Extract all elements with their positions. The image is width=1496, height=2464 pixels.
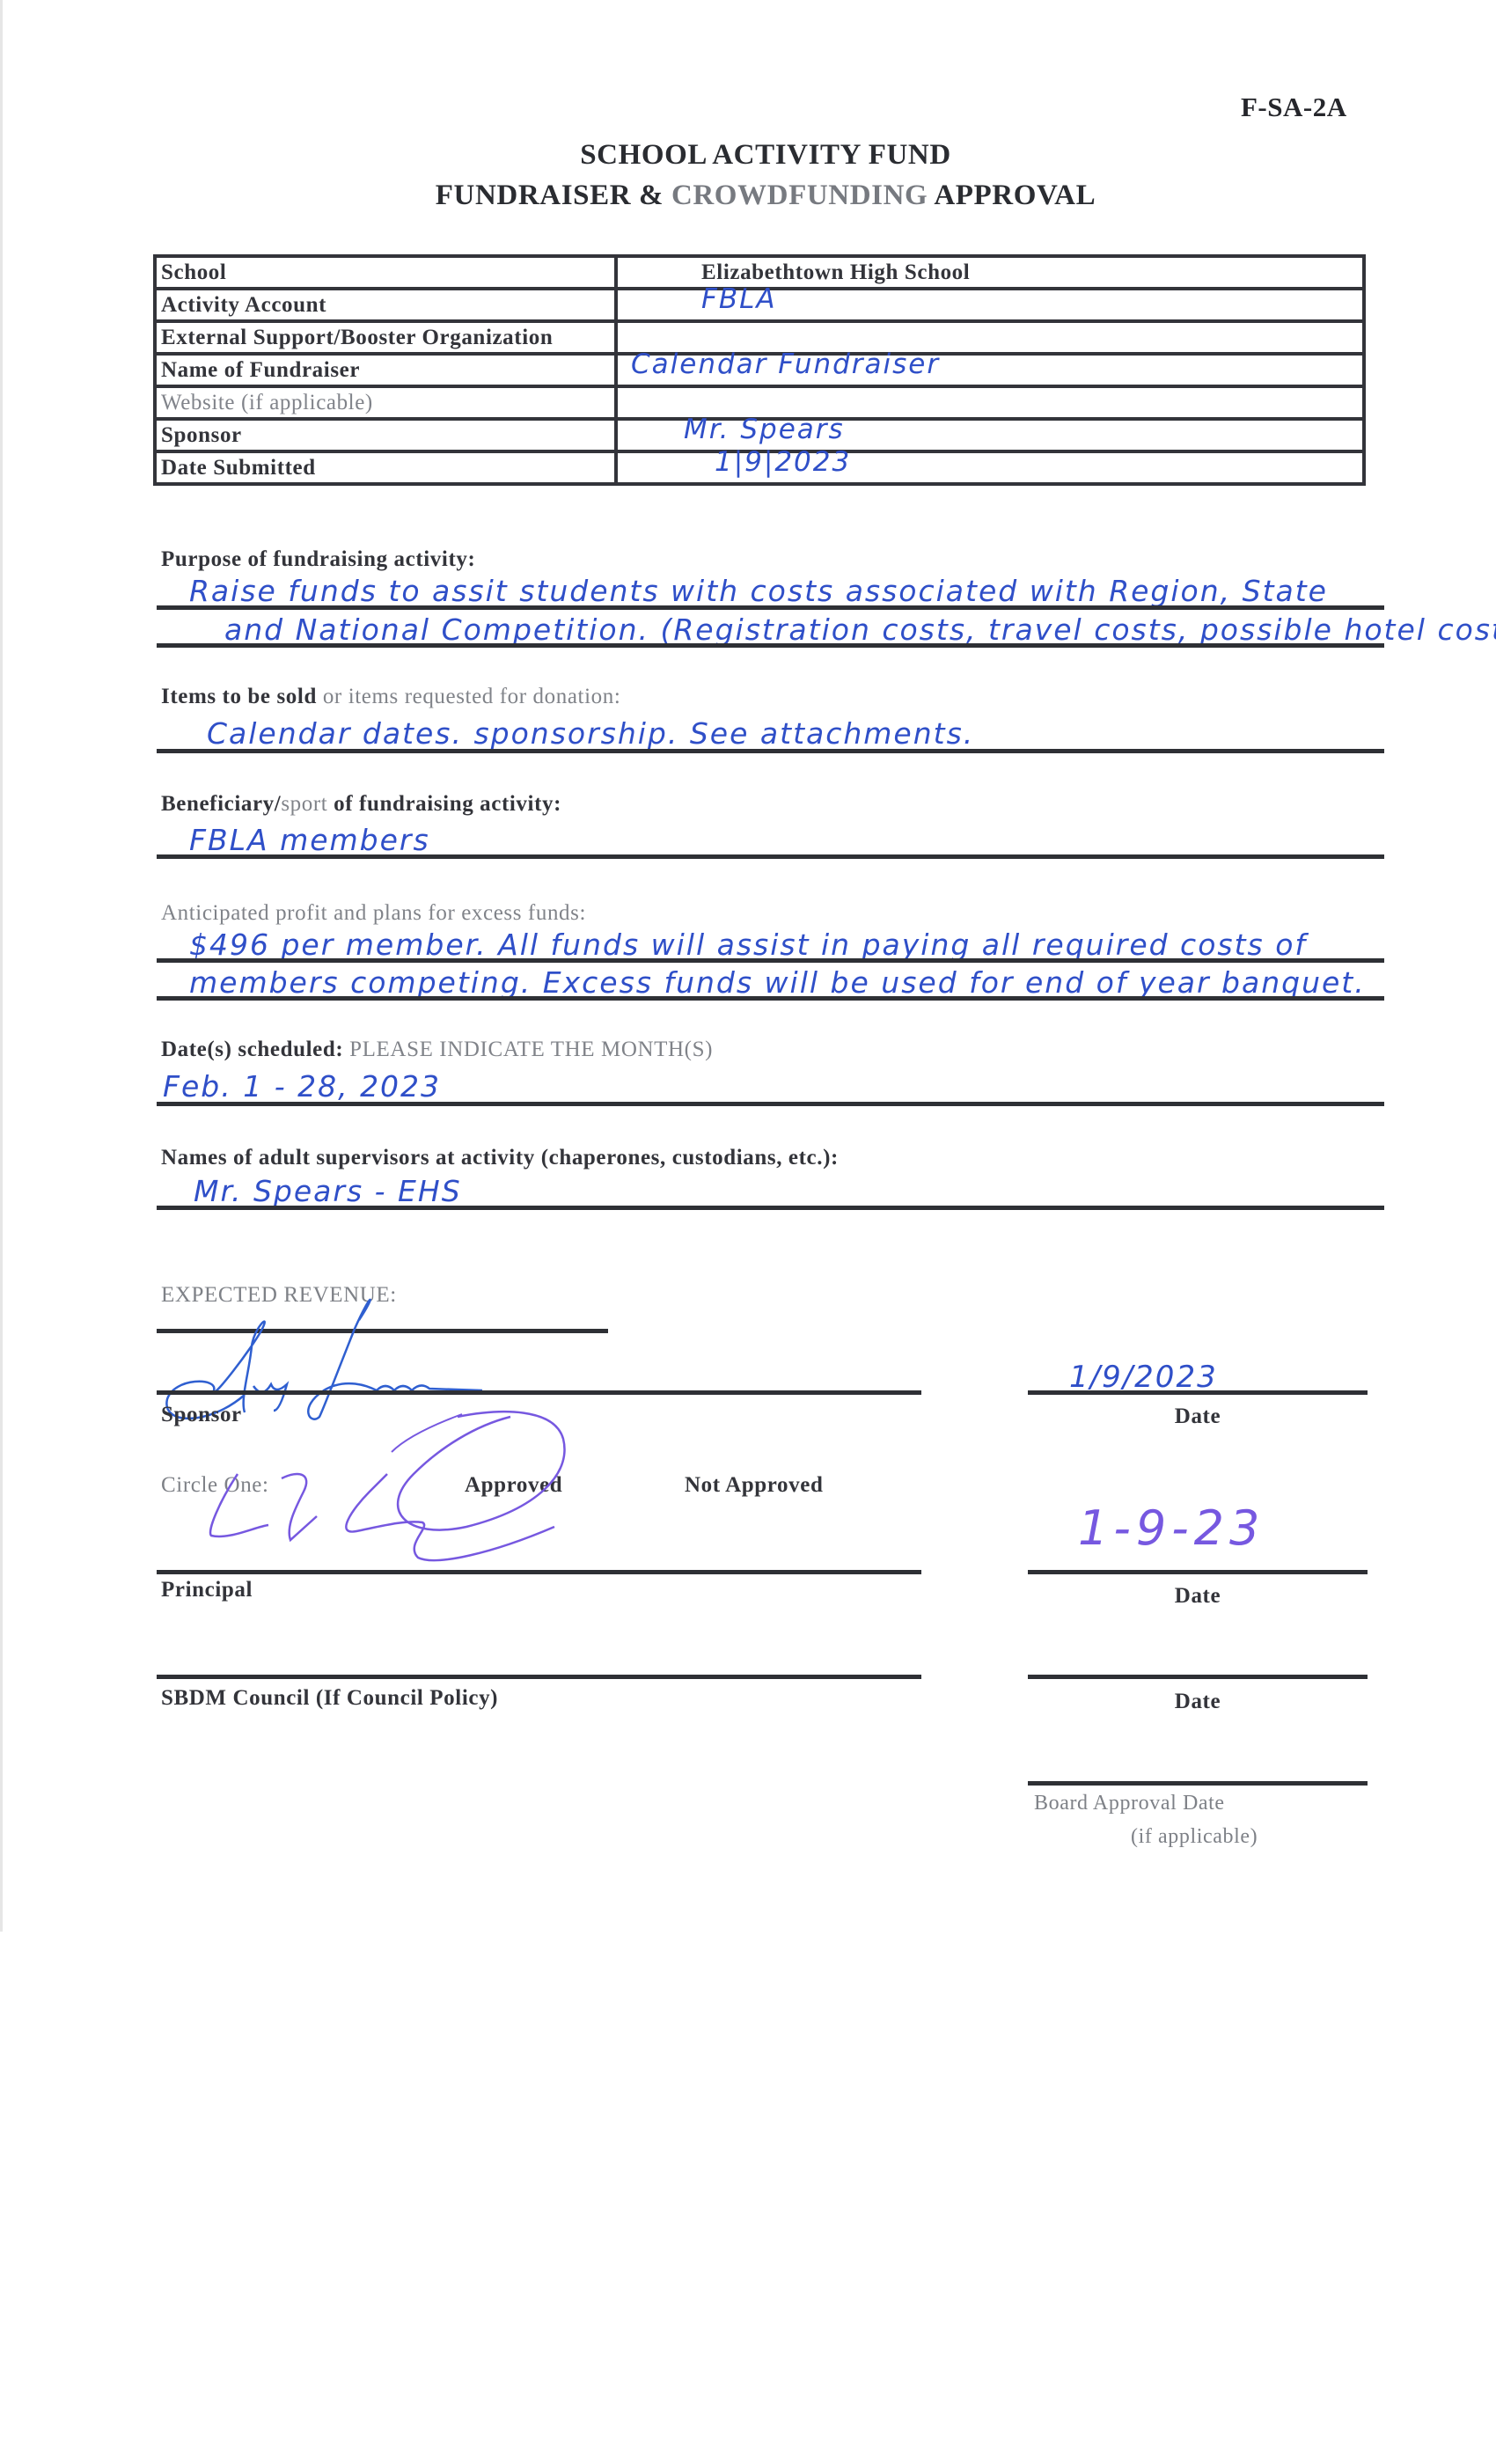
items-label: Items to be sold or items requested for … [161, 685, 620, 709]
typed-value [622, 326, 701, 349]
typed-value: Elizabethtown High School [622, 260, 970, 284]
items-rule [157, 749, 1384, 753]
purpose-line-1[interactable]: Raise funds to assit students with costs… [189, 574, 1328, 608]
supervisors-rule [157, 1206, 1384, 1210]
supervisors-line-1[interactable]: Mr. Spears - EHS [194, 1174, 462, 1208]
sbdm-date-label: Date [1028, 1690, 1368, 1714]
beneficiary-line-1[interactable]: FBLA members [189, 823, 430, 857]
purpose-line-2[interactable]: and National Competition. (Registration … [224, 612, 1496, 647]
board-approval-rule[interactable] [1028, 1781, 1368, 1786]
info-row: Name of FundraiserCalendar Fundraiser [155, 354, 1364, 386]
handwritten-value: 1|9|2023 [715, 446, 851, 478]
dates-label: Date(s) scheduled: PLEASE INDICATE THE M… [161, 1038, 713, 1062]
items-label-light: or items requested for donation: [317, 685, 620, 708]
anticipated-rule-2 [157, 996, 1384, 1001]
anticipated-rule-1 [157, 958, 1384, 963]
scan-edge-artifact [0, 0, 3, 1932]
principal-date-rule [1028, 1570, 1368, 1574]
sbdm-rule[interactable] [157, 1675, 921, 1679]
sponsor-rule[interactable] [157, 1390, 921, 1395]
option-not-approved[interactable]: Not Approved [685, 1473, 823, 1498]
page-title: SCHOOL ACTIVITY FUND [0, 139, 1496, 172]
dates-label-bold: Date(s) scheduled: [161, 1038, 349, 1061]
info-row-label: Date Submitted [155, 451, 616, 484]
principal-date-value[interactable]: 1-9-23 [1078, 1500, 1265, 1556]
purpose-rule-1 [157, 605, 1384, 610]
info-row-label: Activity Account [155, 289, 616, 321]
purpose-rule-2 [157, 643, 1384, 648]
handwritten-value: Calendar Fundraiser [631, 348, 940, 380]
info-row-label: Name of Fundraiser [155, 354, 616, 386]
form-code: F-SA-2A [1241, 92, 1347, 123]
principal-label: Principal [161, 1578, 253, 1602]
sponsor-date-rule [1028, 1390, 1368, 1395]
dates-line-1[interactable]: Feb. 1 - 28, 2023 [163, 1069, 441, 1104]
info-row-label: Sponsor [155, 419, 616, 451]
principal-date-label: Date [1028, 1584, 1368, 1609]
info-row-value[interactable]: Calendar Fundraiser [616, 354, 1364, 386]
principal-signature-and-circle [202, 1404, 642, 1580]
info-row-value[interactable]: FBLA [616, 289, 1364, 321]
subtitle-part-3: APPROVAL [928, 180, 1096, 211]
typed-value [622, 391, 701, 414]
beneficiary-label: Beneficiary/sport of fundraising activit… [161, 792, 561, 817]
handwritten-value: FBLA [701, 283, 777, 315]
info-row: Date Submitted1|9|2023 [155, 451, 1364, 484]
sponsor-date-value[interactable]: 1/9/2023 [1069, 1360, 1218, 1395]
dates-rule [157, 1102, 1384, 1106]
sbdm-date-rule[interactable] [1028, 1675, 1368, 1679]
subtitle-part-1: FUNDRAISER & [436, 180, 671, 211]
principal-rule[interactable] [157, 1570, 921, 1574]
beneficiary-rule [157, 854, 1384, 859]
board-approval-sub: (if applicable) [1131, 1825, 1258, 1849]
info-row-label: External Support/Booster Organization [155, 321, 616, 354]
page-subtitle: FUNDRAISER & CROWDFUNDING APPROVAL [0, 180, 1496, 212]
board-approval-label: Board Approval Date [1034, 1792, 1225, 1815]
sponsor-date-label: Date [1028, 1404, 1368, 1429]
info-row-label: School [155, 256, 616, 289]
supervisors-label: Names of adult supervisors at activity (… [161, 1146, 839, 1170]
beneficiary-label-light: sport [281, 792, 327, 816]
info-row-label: Website (if applicable) [155, 386, 616, 419]
beneficiary-label-bold-2: of fundraising activity: [327, 792, 561, 816]
anticipated-line-2[interactable]: members competing. Excess funds will be … [189, 965, 1366, 1000]
items-line-1[interactable]: Calendar dates. sponsorship. See attachm… [207, 716, 974, 751]
beneficiary-label-bold: Beneficiary/ [161, 792, 281, 816]
sbdm-label: SBDM Council (If Council Policy) [161, 1686, 498, 1711]
anticipated-line-1[interactable]: $496 per member. All funds will assist i… [189, 928, 1307, 962]
purpose-label: Purpose of fundraising activity: [161, 547, 475, 572]
info-row: Activity AccountFBLA [155, 289, 1364, 321]
anticipated-label: Anticipated profit and plans for excess … [161, 901, 586, 926]
handwritten-value: Mr. Spears [684, 414, 845, 445]
info-table: SchoolElizabethtown High SchoolActivity … [153, 254, 1366, 486]
dates-label-light: PLEASE INDICATE THE MONTH(S) [349, 1038, 713, 1061]
subtitle-part-2: CROWDFUNDING [671, 180, 928, 211]
items-label-bold: Items to be sold [161, 685, 317, 708]
info-row-value[interactable]: 1|9|2023 [616, 451, 1364, 484]
